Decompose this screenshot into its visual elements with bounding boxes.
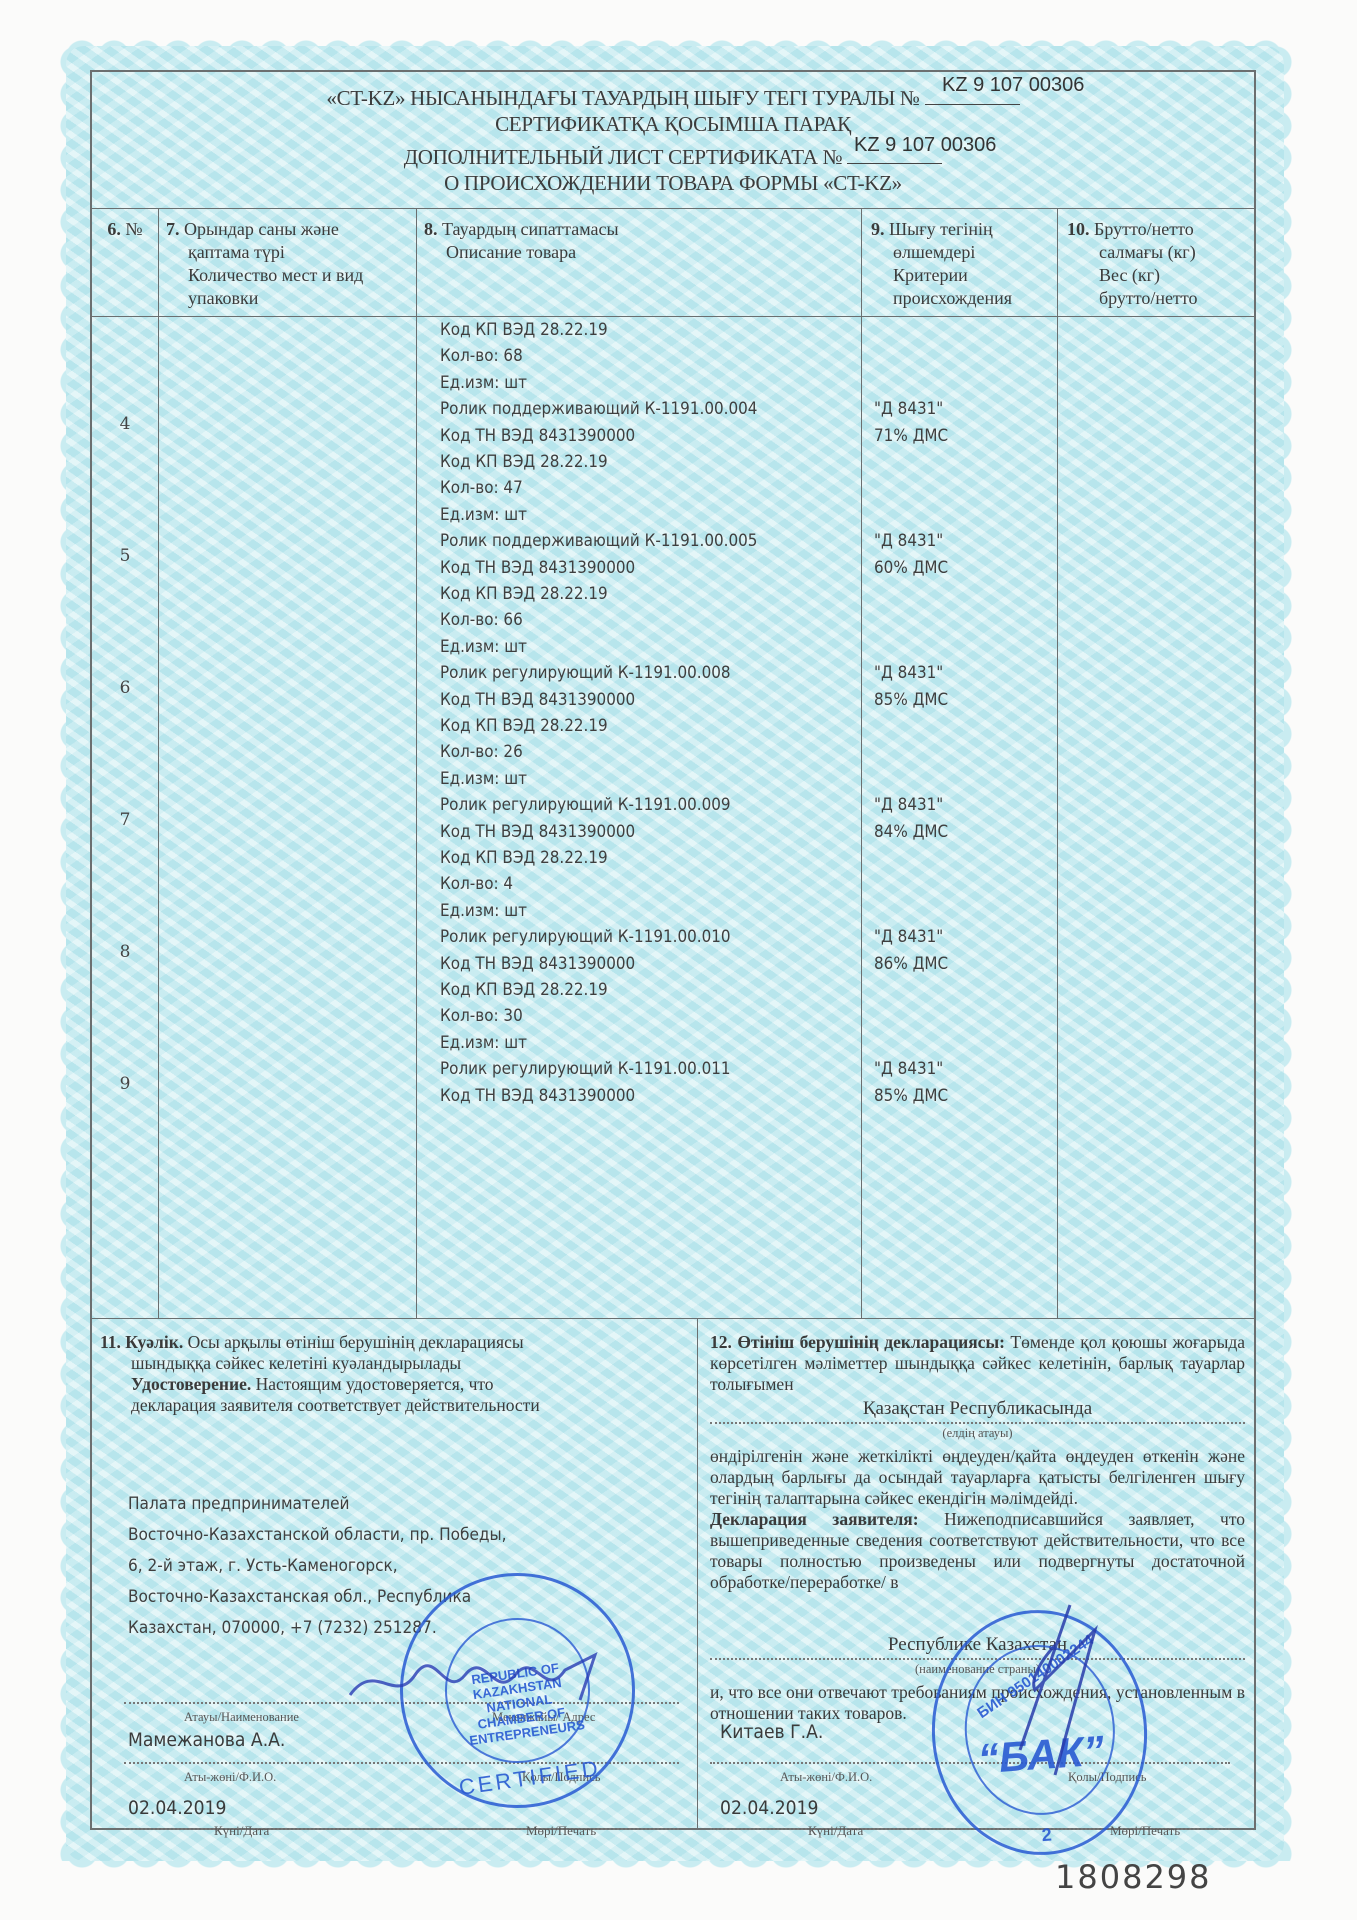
tn-ved-code: Код ТН ВЭД 8431390000 [440,954,635,973]
col-header-description: 8. Тауардың сипаттамасы Описание товара [416,208,861,316]
tn-ved-code: Код ТН ВЭД 8431390000 [440,822,635,841]
tn-ved-code: Код ТН ВЭД 8431390000 [440,690,635,709]
col-header-weight: 10. Брутто/нетто салмағы (кг) Вес (кг) б… [1057,208,1256,316]
row-number: 9 [92,1074,158,1094]
tn-ved-code: Код ТН ВЭД 8431390000 [440,558,635,577]
row-number: 8 [92,942,158,962]
section-12-text-kz: 12. Өтініш берушінің декларациясы: Төмен… [710,1332,1245,1395]
caption-date: Күні/Дата [808,1823,863,1839]
description-line: Кол-во: 47 [440,478,523,497]
description-line: Ед.изм: шт [440,373,527,392]
description-line: Ед.изм: шт [440,1033,527,1052]
goods-table-body: Код КП ВЭД 28.22.19Кол-во: 68Ед.изм: шт4… [92,316,1254,1319]
dms-percent: 85% ДМС [874,690,948,709]
serial-number: 1808298 [1055,1858,1212,1896]
issue-date: 02.04.2019 [128,1798,227,1819]
tn-ved-code: Код ТН ВЭД 8431390000 [440,426,635,445]
description-line: Ед.изм: шт [440,637,527,656]
dms-percent: 85% ДМС [874,1086,948,1105]
description-line: Код КП ВЭД 28.22.19 [440,452,608,471]
description-line: Ед.изм: шт [440,901,527,920]
description-line: Ед.изм: шт [440,769,527,788]
caption-name: Атауы/Наименование [184,1710,299,1725]
description-line: Кол-во: 30 [440,1006,523,1025]
col-header-packages: 7. Орындар саны және қаптама түрі Количе… [158,208,416,316]
description-line: Кол-во: 66 [440,610,523,629]
origin-criterion: "Д 8431" [874,531,943,550]
section-12-text-kz-cont: өндірілгенін және жеткілікті өңдеуден/қа… [710,1446,1245,1593]
caption-seal: Мөрі/Печать [526,1823,596,1839]
origin-criterion: "Д 8431" [874,663,943,682]
form-header: «CT-KZ» НЫСАНЫНДАҒЫ ТАУАРДЫҢ ШЫҒУ ТЕГІ Т… [92,72,1254,209]
title-ru-line2: О ПРОИСХОЖДЕНИИ ТОВАРА ФОРМЫ «CT-KZ» [92,171,1254,196]
caption-fio: Аты-жөні/Ф.И.О. [780,1770,872,1785]
signer-name: Мамежанова А.А. [128,1730,285,1751]
row-number: 6 [92,678,158,698]
description-line: Кол-во: 68 [440,346,523,365]
row-number: 5 [92,546,158,566]
applicant-date: 02.04.2019 [720,1798,819,1819]
origin-criterion: "Д 8431" [874,399,943,418]
table-header: 6. № 7. Орындар саны және қаптама түрі К… [92,208,1254,317]
description-line: Код КП ВЭД 28.22.19 [440,320,608,339]
item-name: Ролик регулирующий К-1191.00.008 [440,663,731,682]
col-header-origin-criteria: 9. Шығу тегінің өлшемдері Критерии проис… [861,208,1057,316]
caption-fio: Аты-жөні/Ф.И.О. [184,1770,276,1785]
description-line: Кол-во: 26 [440,742,523,761]
description-line: Код КП ВЭД 28.22.19 [440,848,608,867]
item-name: Ролик регулирующий К-1191.00.011 [440,1059,731,1078]
dms-percent: 86% ДМС [874,954,948,973]
origin-criterion: "Д 8431" [874,1059,943,1078]
item-name: Ролик регулирующий К-1191.00.009 [440,795,731,814]
certificate-form: «CT-KZ» НЫСАНЫНДАҒЫ ТАУАРДЫҢ ШЫҒУ ТЕГІ Т… [90,70,1256,1830]
dms-percent: 84% ДМС [874,822,948,841]
origin-criterion: "Д 8431" [874,795,943,814]
description-line: Код КП ВЭД 28.22.19 [440,584,608,603]
dotted-line [710,1422,1245,1424]
dms-percent: 71% ДМС [874,426,948,445]
title-kz-line2: СЕРТИФИКАТҚА ҚОСЫМША ПАРАҚ [92,112,1254,137]
caption-date: Күні/Дата [214,1823,269,1839]
description-line: Код КП ВЭД 28.22.19 [440,716,608,735]
col-header-number: 6. № [92,208,158,316]
certificate-number-kz: KZ 9 107 00306 [942,74,1084,97]
description-line: Код КП ВЭД 28.22.19 [440,980,608,999]
tn-ved-code: Код ТН ВЭД 8431390000 [440,1086,635,1105]
country-kz: Қазақстан Республикасында [710,1398,1245,1420]
row-number: 4 [92,414,158,434]
item-name: Ролик поддерживающий К-1191.00.004 [440,399,757,418]
signature-icon [345,1650,605,1710]
origin-criterion: "Д 8431" [874,927,943,946]
item-name: Ролик поддерживающий К-1191.00.005 [440,531,757,550]
signature-icon [1000,1600,1110,1780]
section-11-text: 11. Куәлік. Осы арқылы өтініш берушінің … [100,1332,645,1416]
description-line: Кол-во: 4 [440,874,513,893]
title-ru-line1: ДОПОЛНИТЕЛЬНЫЙ ЛИСТ СЕРТИФИКАТА № [92,145,1254,170]
caption-country-kz: (елдің атауы) [710,1426,1245,1441]
applicant-signer-name: Китаев Г.А. [720,1722,823,1743]
certificate-number-ru: KZ 9 107 00306 [854,134,996,157]
dms-percent: 60% ДМС [874,558,948,577]
row-number: 7 [92,810,158,830]
description-line: Ед.изм: шт [440,505,527,524]
item-name: Ролик регулирующий К-1191.00.010 [440,927,731,946]
